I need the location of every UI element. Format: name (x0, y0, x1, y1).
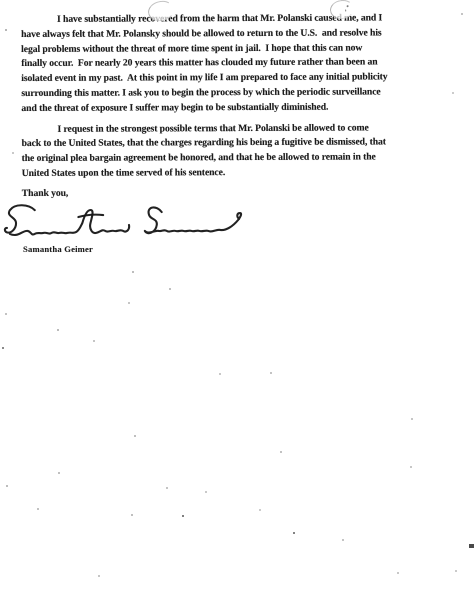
smudge-dot (345, 9, 347, 11)
paragraph-2: I request in the strongest possible term… (21, 121, 468, 182)
typed-name: Samantha Geimer (23, 244, 93, 254)
closing-line: Thank you, (22, 185, 469, 202)
signature-stroke-t-cross (78, 215, 103, 217)
paragraph-line: and the threat of exposure I suffer may … (21, 100, 468, 117)
handwritten-signature (2, 203, 250, 241)
scanned-letter-page: I have substantially recovered from the … (0, 0, 474, 602)
smudge-dot (346, 5, 348, 7)
signature-stroke-last-name (145, 207, 241, 233)
scan-noise-dark-specks (0, 0, 2, 2)
signature-stroke-first-name (5, 205, 129, 235)
page-edge-artifact (469, 544, 474, 548)
paragraph-line: United States upon the time served of hi… (22, 165, 469, 182)
letter-body: I have substantially recovered from the … (21, 11, 469, 202)
paragraph-1: I have substantially recovered from the … (21, 11, 468, 117)
